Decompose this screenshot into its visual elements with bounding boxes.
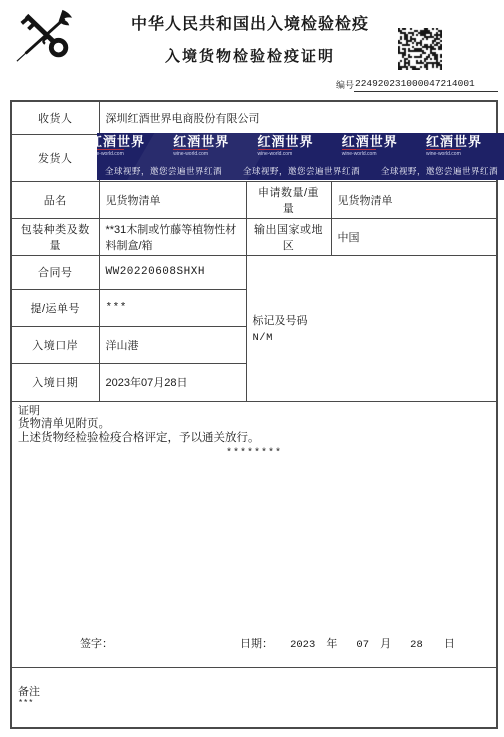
banner-logo: 红酒世界wine-world.com <box>258 135 334 157</box>
contract-value: WW20220608SHXH <box>99 255 246 289</box>
marks-label: 标记及号码 <box>253 312 491 328</box>
package-value: **31木制或竹藤等植物性材料制盒/箱 <box>99 218 246 255</box>
row-remarks: 备注 *** <box>11 667 497 728</box>
bill-no-value: *** <box>99 289 246 326</box>
serial-number: 224920231000047214001 <box>354 78 498 92</box>
qr-code <box>398 28 442 70</box>
date-year: 2023 <box>290 639 315 651</box>
applied-quantity-label: 申请数量/重量 <box>246 181 331 218</box>
title-line-2: 入境货物检验检疫证明 <box>110 44 390 70</box>
marks-cell: 标记及号码 N/M <box>246 255 497 401</box>
row-certificate: 证明 货物清单见附页。 上述货物经检验检疫合格评定，予以通关放行。 ******… <box>11 401 497 667</box>
entry-date-value: 2023年07月28日 <box>99 363 246 401</box>
consignee-label: 收货人 <box>11 101 99 134</box>
date-label: 日期： <box>240 638 273 650</box>
date-month: 07 <box>356 639 369 651</box>
shipper-label: 发货人 <box>11 134 99 181</box>
certificate-table: 收货人 深圳红酒世界电商股份有限公司 发货人 品名 见货物清单 申请数量/重量 … <box>10 100 498 729</box>
certificate-heading: 证明 <box>18 405 490 418</box>
remarks-value: *** <box>18 699 490 708</box>
date-day: 28 <box>410 639 423 651</box>
certificate-line-1: 货物清单见附页。 <box>18 418 490 432</box>
row-consignee: 收货人 深圳红酒世界电商股份有限公司 <box>11 101 497 134</box>
document-title: 中华人民共和国出入境检验检疫 入境货物检验检疫证明 <box>110 12 390 70</box>
marks-value: N/M <box>253 332 491 344</box>
export-country-label: 输出国家或地区 <box>246 218 331 255</box>
entry-port-label: 入境口岸 <box>11 326 99 363</box>
remarks-label: 备注 <box>18 686 490 699</box>
certificate-cell: 证明 货物清单见附页。 上述货物经检验检疫合格评定，予以通关放行。 ******… <box>11 401 497 667</box>
entry-date-label: 入境日期 <box>11 363 99 401</box>
serial-number-row: 编号 224920231000047214001 <box>336 78 498 92</box>
banner-logo: 红酒世界wine-world.com <box>173 135 249 157</box>
entry-port-value: 洋山港 <box>99 326 246 363</box>
consignee-value: 深圳红酒世界电商股份有限公司 <box>99 101 497 134</box>
signature-label: 签字： <box>80 635 113 651</box>
row-contract: 合同号 WW20220608SHXH 标记及号码 N/M <box>11 255 497 289</box>
package-label: 包装种类及数量 <box>11 218 99 255</box>
banner-logos: 红酒世界wine-world.com红酒世界wine-world.com红酒世界… <box>97 133 504 157</box>
product-name-label: 品名 <box>11 181 99 218</box>
year-unit: 年 <box>326 638 337 650</box>
shipper-banner: 红酒世界wine-world.com红酒世界wine-world.com红酒世界… <box>97 133 504 180</box>
title-line-1: 中华人民共和国出入境检验检疫 <box>110 12 390 38</box>
export-country-value: 中国 <box>331 218 497 255</box>
banner-logo: 红酒世界wine-world.com <box>97 135 165 157</box>
banner-tagline: 全球视野，邀您尝遍世界红酒 <box>381 165 498 177</box>
date-group: 日期： 2023 年 07 月 28 日 <box>240 635 457 651</box>
banner-tagline: 全球视野，邀您尝遍世界红酒 <box>105 165 222 177</box>
certificate-line-2: 上述货物经检验检疫合格评定，予以通关放行。 <box>18 432 490 446</box>
contract-label: 合同号 <box>11 255 99 289</box>
serial-label: 编号 <box>336 78 354 92</box>
ciq-emblem-icon <box>14 6 76 64</box>
signature-row: 签字： 日期： 2023 年 07 月 28 日 <box>18 635 490 651</box>
day-unit: 日 <box>444 638 455 650</box>
banner-tagline: 全球视野，邀您尝遍世界红酒 <box>243 165 360 177</box>
month-unit: 月 <box>380 638 391 650</box>
row-package: 包装种类及数量 **31木制或竹藤等植物性材料制盒/箱 输出国家或地区 中国 <box>11 218 497 255</box>
remarks-cell: 备注 *** <box>11 667 497 728</box>
applied-quantity-value: 见货物清单 <box>331 181 497 218</box>
bill-no-label: 提/运单号 <box>11 289 99 326</box>
product-name-value: 见货物清单 <box>99 181 246 218</box>
row-product-name: 品名 见货物清单 申请数量/重量 见货物清单 <box>11 181 497 218</box>
banner-logo: 红酒世界wine-world.com <box>342 135 418 157</box>
certificate-stars: ******** <box>18 448 490 459</box>
banner-logo: 红酒世界wine-world.com <box>426 135 502 157</box>
banner-taglines: 全球视野，邀您尝遍世界红酒全球视野，邀您尝遍世界红酒全球视野，邀您尝遍世界红酒 <box>97 165 504 180</box>
